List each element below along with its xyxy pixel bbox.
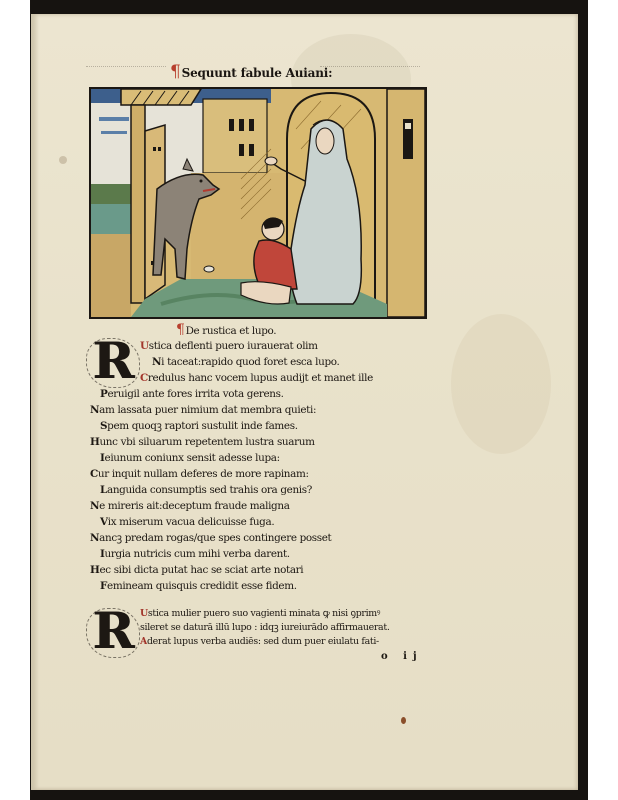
verse-line: Peruigil ante fores irrita vota gerens. bbox=[100, 386, 284, 402]
verse-line: Iurgia nutricis cum mihi verba darent. bbox=[100, 546, 290, 562]
running-header: ¶Sequunt fabule Auiani: bbox=[170, 62, 332, 82]
verse-line: Ne mireris ait:deceptum fraude maligna bbox=[90, 498, 290, 514]
signature-mark: o ij bbox=[381, 651, 423, 662]
woodcut-illustration bbox=[89, 87, 427, 319]
woodcut-scene bbox=[91, 89, 425, 317]
header-title: Sequunt fabule Auiani: bbox=[182, 66, 333, 80]
verse-line: Ieiunum coniunx sensit adesse lupa: bbox=[100, 450, 280, 466]
verse-line: Hec sibi dicta putat hac se sciat arte n… bbox=[90, 562, 303, 578]
dropcap-R-commentary: R bbox=[90, 606, 136, 652]
verse-line: Ni taceat:rapido quod foret esca lupo. bbox=[152, 354, 339, 370]
verse-line: Hunc vbi siluarum repetentem lustra suar… bbox=[90, 434, 315, 450]
dropcap-flourish bbox=[86, 338, 140, 388]
foxing-spot bbox=[59, 156, 67, 164]
verse-line: Languida consumptis sed trahis ora genis… bbox=[100, 482, 312, 498]
verse-line: Credulus hanc vocem lupus audijt et mane… bbox=[140, 370, 373, 386]
verse-line: Femineam quisquis credidit esse fidem. bbox=[100, 578, 297, 594]
dropcap-flourish bbox=[86, 608, 140, 658]
verse-line: Cur inquit nullam deferes de more rapina… bbox=[90, 466, 309, 482]
commentary-line: Aderat lupus verba audiēs: sed dum puer … bbox=[140, 634, 379, 650]
verse-line: Nancꝫ predam rogas/que spes contingere p… bbox=[90, 530, 331, 546]
verse-line: Ustica deflenti puero iurauerat olim bbox=[140, 338, 318, 354]
fable-title-text: De rustica et lupo. bbox=[186, 325, 277, 337]
show-through-text bbox=[320, 66, 420, 75]
fable-title: ¶De rustica et lupo. bbox=[176, 322, 276, 338]
rubric-pilcrow: ¶ bbox=[170, 62, 181, 82]
verse-line: Spem quoqꝫ raptori sustulit inde fames. bbox=[100, 418, 298, 434]
show-through-text bbox=[86, 66, 166, 75]
verse-line: Vix miserum vacua delicuisse fuga. bbox=[100, 514, 274, 530]
verse-line: Nam lassata puer nimium dat membra quiet… bbox=[90, 402, 316, 418]
dropcap-R-fable: R bbox=[90, 336, 136, 386]
foxing-spot bbox=[401, 717, 406, 724]
stain bbox=[451, 314, 551, 454]
rubric-pilcrow: ¶ bbox=[176, 322, 185, 338]
